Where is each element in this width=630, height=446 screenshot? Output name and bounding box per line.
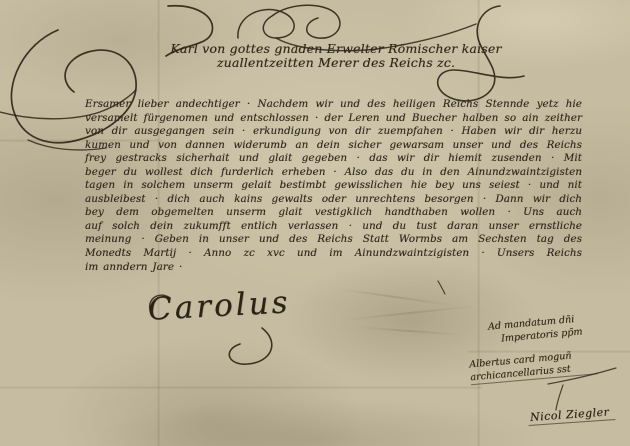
heading-line-2: zuallentzeitten Merer des Reichs zc. [168, 56, 504, 70]
manuscript-scan: Karl von gottes gnaden Erwelter Römische… [0, 0, 630, 446]
body-line: frey gestracks sicherhait und glait gege… [85, 152, 582, 166]
pen-tick [438, 281, 445, 294]
chancery-descender [556, 385, 563, 410]
body-line: im anndern Jare · [85, 261, 582, 275]
fold-crease-horizontal-lower [0, 386, 482, 389]
body-line: bey dem obgemelten unserm glait vestigkl… [85, 206, 582, 220]
chancery-note: Ad mandatum dñi Imperatoris pp̃m Albertu… [466, 309, 630, 386]
imperial-signature: Carolus [147, 284, 291, 327]
body-line: Monedts Martij · Anno zc xvc und im Ainu… [85, 247, 582, 261]
body-line: auf solch dein zukumfft entlich verlasse… [85, 220, 582, 234]
heading-line-1: Karl von gottes gnaden Erwelter Römische… [168, 42, 504, 56]
body-line: meinung · Geben in unser und des Reichs … [85, 233, 582, 247]
paper-wrinkle [345, 305, 474, 321]
letter-body: Ersamer lieber andechtiger · Nachdem wir… [85, 98, 582, 274]
body-line: beger du wollest dich furderlich erheben… [85, 166, 582, 180]
body-line: versamelt fürgenomen und entschlossen · … [85, 112, 582, 126]
paper-wrinkle [335, 288, 454, 307]
countersignature: Nicol Ziegler [528, 405, 616, 426]
body-line: tagen in solchem unserm gelait bestimbt … [85, 179, 582, 193]
pen-flourish-double-loop [238, 5, 340, 38]
paper-wrinkle [355, 326, 465, 336]
body-line: Ersamer lieber andechtiger · Nachdem wir… [85, 98, 582, 112]
signature-paraph [229, 328, 272, 364]
body-line: von dir ausgegangen sein · erkundigung v… [85, 125, 582, 139]
body-line: kumen und von dannen widerumb an dein si… [85, 139, 582, 153]
body-line: ausbleibest · dich auch kains gewalts od… [85, 193, 582, 207]
document-heading: Karl von gottes gnaden Erwelter Römische… [168, 42, 504, 70]
